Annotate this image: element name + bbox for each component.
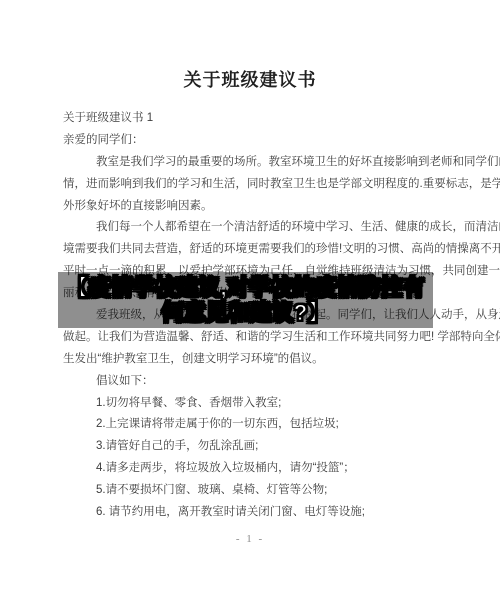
document-line: 做起。让我们为营造温馨、舒适、和谐的学习生活和工作环境共同努力吧! 学部特向全体… bbox=[63, 327, 439, 349]
document-line: 境需要我们共同去营造，舒适的环境更需要我们的珍惜!文明的习惯、高尚的情操离不开我… bbox=[63, 239, 439, 261]
document-line: 生发出“维护教室卫生，创建文明学习环境”的倡议。 bbox=[63, 349, 439, 371]
document-line: 3.请管好自己的手，勿乱涂乱画; bbox=[63, 436, 439, 458]
document-line: 4.请多走两步，将垃圾放入垃圾桶内，请勿“投篮”； bbox=[63, 458, 439, 480]
document-line: 教室是我们学习的最重要的场所。教室环境卫生的好坏直接影响到老师和同学们的心 bbox=[63, 152, 439, 174]
document-line: 关于班级建议书 1 bbox=[63, 108, 439, 130]
document-line: 2.上完课请将带走属于你的一切东西，包括垃圾; bbox=[63, 414, 439, 436]
document-line: 情，进而影响到我们的学习和生活，同时教室卫生也是学部文明程度的.重要标志，是学部… bbox=[63, 174, 439, 196]
watermark-text-line2: 何意见和建议?】 bbox=[162, 300, 329, 325]
watermark-text-line1: 【疫情学校建议,对学校的疫情防控有 bbox=[66, 275, 424, 300]
page-number: - 1 - bbox=[0, 533, 500, 545]
page-title: 关于班级建议书 bbox=[0, 66, 500, 92]
document-line: 1.切勿将早餐、零食、香烟带入教室; bbox=[63, 393, 439, 415]
watermark-overlay: 【疫情学校建议,对学校的疫情防控有 何意见和建议?】 bbox=[58, 272, 433, 328]
document-line: 我们每一个人都希望在一个清洁舒适的环境中学习、生活、健康的成长，而清洁的环 bbox=[63, 217, 439, 239]
document-line: 外形象好坏的直接影响因素。 bbox=[63, 196, 439, 218]
document-line: 6. 请节约用电，离开教室时请关闭门窗、电灯等设施; bbox=[63, 502, 439, 524]
document-page: 关于班级建议书 关于班级建议书 1亲爱的同学们：教室是我们学习的最重要的场所。教… bbox=[0, 0, 500, 593]
document-line: 5.请不要损坏门窗、玻璃、桌椅、灯管等公物; bbox=[63, 480, 439, 502]
document-line: 亲爱的同学们： bbox=[63, 130, 439, 152]
document-line: 倡议如下： bbox=[63, 371, 439, 393]
